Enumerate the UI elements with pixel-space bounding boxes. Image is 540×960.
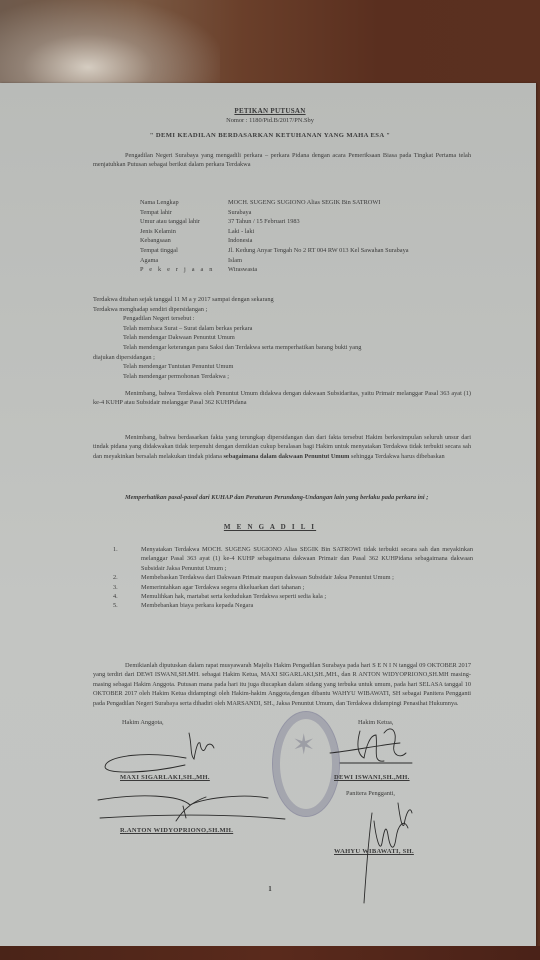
verdict-list: 1.Menyatakan Terdakwa MOCH. SUGENG SUGIO… [113, 545, 473, 611]
identity-row: Umur atau tanggal lahir37 Tahun / 15 Feb… [140, 217, 464, 227]
verdict-item-number: 4. [113, 592, 118, 601]
heard-item: Telah membaca Surat – Surat dalam berkas… [123, 324, 361, 334]
identity-row: Tempat lahirSurabaya [140, 208, 464, 218]
verdict-item: 5.Membebankan biaya perkara kepada Negar… [113, 601, 473, 610]
page-number: 1 [0, 885, 540, 894]
considering-paragraph-2: Menimbang, bahwa berdasarkan fakta yang … [93, 433, 471, 461]
clerk-name: WAHYU WIBAWATI, SH. [334, 847, 414, 856]
verdict-item: 1.Menyatakan Terdakwa MOCH. SUGENG SUGIO… [113, 545, 473, 573]
heard-continuation-text: diajukan dipersidangan ; [93, 353, 471, 362]
chair-name: DEWI ISWANI,SH.,MH. [334, 773, 410, 782]
verdict-item: 4.Memulihkan hak, martabat serta keduduk… [113, 592, 473, 601]
members-label: Hakim Anggota, [122, 718, 164, 727]
considering-2-end: sehingga Terdakwa harus dibebaskan [349, 453, 444, 460]
verdict-item-number: 2. [113, 573, 118, 582]
court-seal-stamp [272, 711, 340, 817]
verdict-item: 2.Membebaskan Terdakwa dari Dakwaan Prim… [113, 573, 473, 582]
heard-items-list: Pengadilan Negeri tersebut :Telah membac… [123, 314, 361, 352]
identity-value: Surabaya [228, 208, 464, 218]
heard-item: Telah mendengar permohonan Terdakwa ; [123, 372, 233, 382]
identity-label: Tempat lahir [140, 208, 228, 218]
identity-label: Jenis Kelamin [140, 227, 228, 237]
identity-label: Kebangsaan [140, 236, 228, 246]
chair-label: Hakim Ketua, [358, 718, 393, 727]
closing-paragraph: Demikianlah diputuskan dalam rapat musya… [93, 661, 471, 708]
table-surface-glare [0, 0, 220, 84]
identity-value: Wiraswasta [228, 265, 464, 275]
case-number: Nomor : 1180/Pid.B/2017/PN.Sby [0, 116, 540, 125]
verdict-heading: M E N G A D I L I [0, 523, 540, 532]
heard-item: Telah mendengar keterangan para Saksi da… [123, 343, 361, 353]
identity-row: P e k e r j a a nWiraswasta [140, 265, 464, 275]
clerk-label: Panitera Pengganti, [346, 789, 395, 798]
court-seal-emblem-icon: ✶ [292, 741, 315, 750]
heard-item: Pengadilan Negeri tersebut : [123, 314, 361, 324]
verdict-item-text: Memerintahkan agar Terdakwa segera dikel… [141, 584, 304, 591]
verdict-item-number: 1. [113, 545, 118, 554]
document-title: PETIKAN PUTUSAN [0, 107, 540, 116]
identity-label: Umur atau tanggal lahir [140, 217, 228, 227]
identity-value: Jl. Kedung Anyar Tengah No 2 RT 004 RW 0… [228, 246, 464, 256]
observing-paragraph: Memperhatikan pasal-pasal dari KUHAP dan… [93, 493, 471, 502]
member-2-name: R.ANTON WIDYOPRIONO,SH.MH. [120, 826, 233, 835]
identity-value: MOCH. SUGENG SUGIONO Alias SEGIK Bin SAT… [228, 198, 464, 208]
considering-paragraph-1: Menimbang, bahwa Terdakwa oleh Penuntut … [93, 389, 471, 408]
intro-paragraph: Pengadilan Negeri Surabaya yang mengadil… [93, 151, 471, 170]
identity-value: Islam [228, 256, 464, 266]
identity-value: Laki - laki [228, 227, 464, 237]
identity-row: Nama LengkapMOCH. SUGENG SUGIONO Alias S… [140, 198, 464, 208]
identity-label: P e k e r j a a n [140, 265, 228, 275]
verdict-item-text: Membebaskan Terdakwa dari Dakwaan Primai… [141, 574, 394, 581]
verdict-item-text: Memulihkan hak, martabat serta kedudukan… [141, 593, 326, 600]
verdict-item-text: Menyatakan Terdakwa MOCH. SUGENG SUGIONO… [141, 546, 473, 572]
document-heading-phrase: " DEMI KEADILAN BERDASARKAN KETUHANAN YA… [0, 131, 540, 140]
verdict-item-text: Membebankan biaya perkara kepada Negara [141, 602, 253, 609]
identity-label: Tempat tinggal [140, 246, 228, 256]
considering-2-bold: sebagaimana dalam dakwaan Penuntut Umum [223, 453, 349, 460]
verdict-item-number: 3. [113, 583, 118, 592]
identity-row: AgamaIslam [140, 256, 464, 266]
identity-row: Jenis KelaminLaki - laki [140, 227, 464, 237]
defendant-identity-table: Nama LengkapMOCH. SUGENG SUGIONO Alias S… [140, 198, 464, 275]
identity-label: Agama [140, 256, 228, 266]
verdict-item: 3.Memerintahkan agar Terdakwa segera dik… [113, 583, 473, 592]
identity-value: 37 Tahun / 15 Februari 1983 [228, 217, 464, 227]
court-document-page: PETIKAN PUTUSAN Nomor : 1180/Pid.B/2017/… [0, 83, 536, 947]
member-1-name: MAXI SIGARLAKI,SH.,MH. [120, 773, 210, 782]
identity-row: Tempat tinggalJl. Kedung Anyar Tengah No… [140, 246, 464, 256]
identity-row: KebangsaanIndonesia [140, 236, 464, 246]
table-surface-bottom [0, 946, 540, 960]
heard-items-list-2: Telah mendengar Tuntutan Penuntut UmumTe… [123, 362, 233, 381]
identity-label: Nama Lengkap [140, 198, 228, 208]
heard-item: Telah mendengar Tuntutan Penuntut Umum [123, 362, 233, 372]
verdict-item-number: 5. [113, 601, 118, 610]
identity-value: Indonesia [228, 236, 464, 246]
heard-intro-text: Terdakwa menghadap sendiri dipersidangan… [93, 305, 471, 314]
detention-text: Terdakwa ditahan sejak tanggal 11 M a y … [93, 295, 471, 304]
heard-item: Telah mendengar Dakwaan Penuntut Umum [123, 333, 361, 343]
